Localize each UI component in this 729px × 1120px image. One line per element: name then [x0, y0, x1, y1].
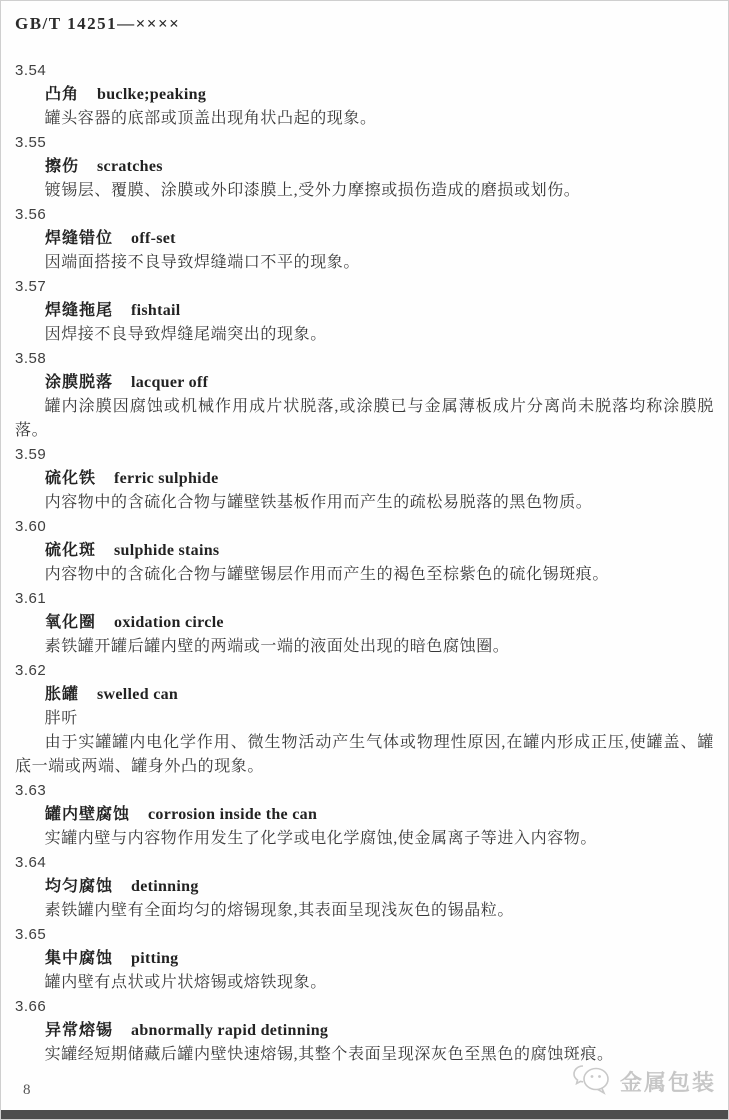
term-section: 3.66 异常熔锡abnormally rapid detinning 实罐经短… [15, 995, 714, 1067]
term-chinese: 擦伤 [45, 158, 79, 175]
section-number: 3.59 [15, 443, 714, 467]
page-content: GB/T 14251—×××× 3.54 凸角buclke;peaking 罐头… [1, 1, 728, 1067]
term-english: oxidation circle [114, 614, 224, 631]
term-english: fishtail [131, 302, 181, 319]
term-chinese: 罐内壁腐蚀 [45, 806, 130, 823]
term-definition: 素铁罐开罐后罐内壁的两端或一端的液面处出现的暗色腐蚀圈。 [15, 635, 714, 659]
term-english: ferric sulphide [114, 470, 219, 487]
section-number: 3.63 [15, 779, 714, 803]
term-line: 氧化圈oxidation circle [15, 611, 714, 635]
term-section: 3.58 涂膜脱落lacquer off 罐内涂膜因腐蚀或机械作用成片状脱落,或… [15, 347, 714, 443]
term-definition: 素铁罐内壁有全面均匀的熔锡现象,其表面呈现浅灰色的锡晶粒。 [15, 899, 714, 923]
term-line: 硫化铁ferric sulphide [15, 467, 714, 491]
section-number: 3.56 [15, 203, 714, 227]
section-number: 3.62 [15, 659, 714, 683]
section-number: 3.64 [15, 851, 714, 875]
bottom-scan-bar [1, 1110, 728, 1119]
term-english: off-set [131, 230, 176, 247]
term-section: 3.61 氧化圈oxidation circle 素铁罐开罐后罐内壁的两端或一端… [15, 587, 714, 659]
section-number: 3.66 [15, 995, 714, 1019]
term-english: buclke;peaking [97, 86, 206, 103]
term-definition: 罐头容器的底部或顶盖出现角状凸起的现象。 [15, 107, 714, 131]
term-definition: 由于实罐罐内电化学作用、微生物活动产生气体或物理性原因,在罐内形成正压,使罐盖、… [15, 731, 714, 779]
term-chinese: 凸角 [45, 86, 79, 103]
term-english: pitting [131, 950, 178, 967]
section-number: 3.54 [15, 59, 714, 83]
doc-code-header: GB/T 14251—×××× [15, 13, 714, 35]
term-definition: 实罐内壁与内容物作用发生了化学或电化学腐蚀,使金属离子等进入内容物。 [15, 827, 714, 851]
document-page: GB/T 14251—×××× 3.54 凸角buclke;peaking 罐头… [0, 0, 729, 1120]
term-chinese: 集中腐蚀 [45, 950, 113, 967]
section-number: 3.55 [15, 131, 714, 155]
term-definition: 因端面搭接不良导致焊缝端口不平的现象。 [15, 251, 714, 275]
term-section: 3.55 擦伤scratches 镀锡层、覆膜、涂膜或外印漆膜上,受外力摩擦或损… [15, 131, 714, 203]
term-line: 集中腐蚀pitting [15, 947, 714, 971]
term-section: 3.57 焊缝拖尾fishtail 因焊接不良导致焊缝尾端突出的现象。 [15, 275, 714, 347]
term-section: 3.62 胀罐swelled can 胖听由于实罐罐内电化学作用、微生物活动产生… [15, 659, 714, 779]
term-section: 3.64 均匀腐蚀detinning 素铁罐内壁有全面均匀的熔锡现象,其表面呈现… [15, 851, 714, 923]
term-chinese: 焊缝拖尾 [45, 302, 113, 319]
term-english: detinning [131, 878, 199, 895]
section-number: 3.57 [15, 275, 714, 299]
term-section: 3.60 硫化斑sulphide stains 内容物中的含硫化合物与罐壁锡层作… [15, 515, 714, 587]
term-definition: 因焊接不良导致焊缝尾端突出的现象。 [15, 323, 714, 347]
term-chinese: 焊缝错位 [45, 230, 113, 247]
term-line: 擦伤scratches [15, 155, 714, 179]
term-definition: 内容物中的含硫化合物与罐壁锡层作用而产生的褐色至棕紫色的硫化锡斑痕。 [15, 563, 714, 587]
term-line: 焊缝拖尾fishtail [15, 299, 714, 323]
term-chinese: 胀罐 [45, 686, 79, 703]
terms-list: 3.54 凸角buclke;peaking 罐头容器的底部或顶盖出现角状凸起的现… [15, 59, 714, 1067]
term-english: swelled can [97, 686, 178, 703]
term-english: abnormally rapid detinning [131, 1022, 328, 1039]
chat-bubbles-icon [572, 1062, 614, 1101]
term-english: lacquer off [131, 374, 208, 391]
section-number: 3.61 [15, 587, 714, 611]
term-section: 3.63 罐内壁腐蚀corrosion inside the can 实罐内壁与… [15, 779, 714, 851]
term-chinese: 氧化圈 [45, 614, 96, 631]
term-definition: 内容物中的含硫化合物与罐壁铁基板作用而产生的疏松易脱落的黑色物质。 [15, 491, 714, 515]
section-number: 3.60 [15, 515, 714, 539]
term-line: 涂膜脱落lacquer off [15, 371, 714, 395]
term-line: 异常熔锡abnormally rapid detinning [15, 1019, 714, 1043]
term-line: 焊缝错位off-set [15, 227, 714, 251]
term-line: 罐内壁腐蚀corrosion inside the can [15, 803, 714, 827]
term-chinese: 硫化铁 [45, 470, 96, 487]
term-english: sulphide stains [114, 542, 219, 559]
term-section: 3.54 凸角buclke;peaking 罐头容器的底部或顶盖出现角状凸起的现… [15, 59, 714, 131]
term-line: 胀罐swelled can [15, 683, 714, 707]
term-line: 凸角buclke;peaking [15, 83, 714, 107]
section-number: 3.65 [15, 923, 714, 947]
term-section: 3.65 集中腐蚀pitting 罐内壁有点状或片状熔锡或熔铁现象。 [15, 923, 714, 995]
term-line: 均匀腐蚀detinning [15, 875, 714, 899]
term-chinese: 硫化斑 [45, 542, 96, 559]
term-chinese: 均匀腐蚀 [45, 878, 113, 895]
term-english: corrosion inside the can [148, 806, 317, 823]
term-definition: 镀锡层、覆膜、涂膜或外印漆膜上,受外力摩擦或损伤造成的磨损或划伤。 [15, 179, 714, 203]
term-section: 3.56 焊缝错位off-set 因端面搭接不良导致焊缝端口不平的现象。 [15, 203, 714, 275]
term-definition: 罐内壁有点状或片状熔锡或熔铁现象。 [15, 971, 714, 995]
watermark-text: 金属包装 [620, 1066, 716, 1097]
term-chinese: 异常熔锡 [45, 1022, 113, 1039]
term-chinese: 涂膜脱落 [45, 374, 113, 391]
watermark: 金属包装 [572, 1062, 716, 1101]
section-number: 3.58 [15, 347, 714, 371]
page-number: 8 [23, 1081, 31, 1099]
term-english: scratches [97, 158, 163, 175]
term-line: 硫化斑sulphide stains [15, 539, 714, 563]
term-section: 3.59 硫化铁ferric sulphide 内容物中的含硫化合物与罐壁铁基板… [15, 443, 714, 515]
term-definition: 罐内涂膜因腐蚀或机械作用成片状脱落,或涂膜已与金属薄板成片分离尚未脱落均称涂膜脱… [15, 395, 714, 443]
term-synonym: 胖听 [15, 707, 714, 731]
